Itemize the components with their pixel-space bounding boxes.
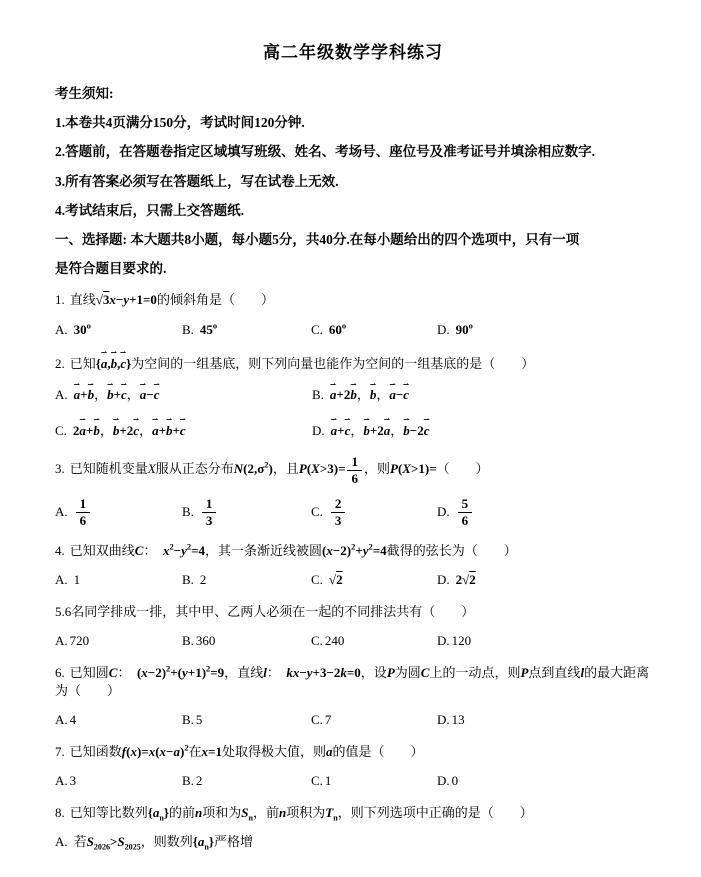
- question-2-option-d: D.a+c，b+2a，b−2c: [312, 420, 651, 440]
- page-content: 高二年级数学学科练习 考生须知: 1.本卷共4页满分150分，考试时间120分钟…: [0, 0, 701, 851]
- question-4-option-b: B.2: [182, 571, 311, 589]
- question-8-text: 已知等比数列{an}的前n项和为Sn，前n项积为Tn，则下列选项中正确的是（ ）: [70, 805, 533, 820]
- question-4-text: 已知双曲线C： x2−y2=4，其一条渐近线被圆(x−2)2+y2=4截得的弦长…: [70, 543, 517, 558]
- notice-heading: 考生须知:: [55, 85, 651, 103]
- question-3-number: 3.: [55, 461, 65, 476]
- question-3: 3.已知随机变量X服从正态分布N(2,σ2)，且P(X>3)=16，则P(X>1…: [55, 455, 651, 528]
- question-4-options: A.1 B.2 C.√2 D.2√2: [55, 571, 651, 589]
- question-4-option-c: C.√2: [311, 571, 437, 589]
- question-5-number: 5.: [55, 604, 65, 619]
- question-2-number: 2.: [55, 356, 65, 371]
- question-5: 5.6名同学排成一排，其中甲、乙两人必须在一起的不同排法共有（ ） A.720 …: [55, 603, 651, 650]
- question-6: 6.已知圆C： (x−2)2+(y+1)2=9，直线l： kx−y+3−2k=0…: [55, 664, 651, 729]
- question-1-text: 直线√3x−y+1=0的倾斜角是（ ）: [70, 292, 274, 307]
- question-7-option-c: C.1: [311, 772, 437, 790]
- question-7-text: 已知函数f(x)=x(x−a)2在x=1处取得极大值，则a的值是（ ）: [70, 744, 424, 759]
- question-5-stem: 5.6名同学排成一排，其中甲、乙两人必须在一起的不同排法共有（ ）: [55, 603, 651, 621]
- question-4-option-d: D.2√2: [437, 571, 651, 589]
- question-1: 1.直线√3x−y+1=0的倾斜角是（ ） A.30o B.45o C.60o …: [55, 291, 651, 338]
- question-2-option-c: C.2a+b，b+2c，a+b+c: [55, 420, 312, 440]
- question-2-option-b: B.a+2b，b，a−c: [312, 384, 651, 404]
- question-5-option-a: A.720: [55, 632, 182, 650]
- question-3-options: A.16 B.13 C.23 D.56: [55, 497, 651, 527]
- question-5-option-c: C.240: [311, 632, 437, 650]
- section-heading-line-1: 一、选择题: 本大题共8小题，每小题5分，共40分.在每小题给出的四个选项中，只…: [55, 231, 651, 249]
- question-2-options: A.a+b，b+c，a−c B.a+2b，b，a−c C.2a+b，b+2c，a…: [55, 384, 651, 439]
- question-7-options: A.3 B.2 C.1 D.0: [55, 772, 651, 790]
- notice-line-2: 2.答题前，在答题卷指定区域填写班级、姓名、考场号、座位号及准考证号并填涂相应数…: [55, 143, 651, 161]
- page-title: 高二年级数学学科练习: [55, 42, 651, 65]
- question-2-option-a: A.a+b，b+c，a−c: [55, 384, 312, 404]
- question-3-option-a: A.16: [55, 497, 182, 527]
- question-6-option-c: C.7: [311, 711, 437, 729]
- question-1-option-b: B.45o: [182, 321, 311, 339]
- section-heading-line-2: 是符合题目要求的.: [55, 260, 651, 278]
- question-1-options: A.30o B.45o C.60o D.90o: [55, 321, 651, 339]
- question-5-options: A.720 B.360 C.240 D.120: [55, 632, 651, 650]
- question-6-option-d: D.13: [437, 711, 651, 729]
- question-7-number: 7.: [55, 744, 65, 759]
- notice-line-1: 1.本卷共4页满分150分，考试时间120分钟.: [55, 114, 651, 132]
- question-4-stem: 4.已知双曲线C： x2−y2=4，其一条渐近线被圆(x−2)2+y2=4截得的…: [55, 542, 651, 560]
- question-8-number: 8.: [55, 805, 65, 820]
- question-6-stem: 6.已知圆C： (x−2)2+(y+1)2=9，直线l： kx−y+3−2k=0…: [55, 664, 651, 699]
- question-3-text: 已知随机变量X服从正态分布N(2,σ2)，且P(X>3)=16，则P(X>1)=…: [70, 461, 489, 476]
- question-5-option-b: B.360: [182, 632, 311, 650]
- question-7: 7.已知函数f(x)=x(x−a)2在x=1处取得极大值，则a的值是（ ） A.…: [55, 743, 651, 790]
- question-8-option-a: A.若S2026>S2025，则数列{an}严格增: [55, 834, 253, 849]
- question-4-option-a: A.1: [55, 571, 182, 589]
- question-4: 4.已知双曲线C： x2−y2=4，其一条渐近线被圆(x−2)2+y2=4截得的…: [55, 542, 651, 589]
- notice-line-3: 3.所有答案必须写在答题纸上，写在试卷上无效.: [55, 173, 651, 191]
- question-8-options: A.若S2026>S2025，则数列{an}严格增: [55, 833, 651, 851]
- question-8-stem: 8.已知等比数列{an}的前n项和为Sn，前n项积为Tn，则下列选项中正确的是（…: [55, 804, 651, 822]
- question-5-text: 6名同学排成一排，其中甲、乙两人必须在一起的不同排法共有（ ）: [65, 604, 475, 619]
- question-5-option-d: D.120: [437, 632, 651, 650]
- question-3-option-d: D.56: [437, 497, 651, 527]
- question-1-stem: 1.直线√3x−y+1=0的倾斜角是（ ）: [55, 291, 651, 309]
- question-1-number: 1.: [55, 292, 65, 307]
- question-6-option-b: B.5: [182, 711, 311, 729]
- question-1-option-d: D.90o: [437, 321, 651, 339]
- question-1-option-a: A.30o: [55, 321, 182, 339]
- question-3-option-b: B.13: [182, 497, 311, 527]
- question-6-text: 已知圆C： (x−2)2+(y+1)2=9，直线l： kx−y+3−2k=0，设…: [55, 665, 649, 698]
- question-3-option-c: C.23: [311, 497, 437, 527]
- question-6-options: A.4 B.5 C.7 D.13: [55, 711, 651, 729]
- question-7-option-d: D.0: [437, 772, 651, 790]
- question-7-stem: 7.已知函数f(x)=x(x−a)2在x=1处取得极大值，则a的值是（ ）: [55, 743, 651, 761]
- question-7-option-b: B.2: [182, 772, 311, 790]
- candidate-notice: 考生须知: 1.本卷共4页满分150分，考试时间120分钟. 2.答题前，在答题…: [55, 85, 651, 220]
- question-4-number: 4.: [55, 543, 65, 558]
- question-3-stem: 3.已知随机变量X服从正态分布N(2,σ2)，且P(X>3)=16，则P(X>1…: [55, 455, 651, 485]
- exam-paper-page: 高二年级数学学科练习 考生须知: 1.本卷共4页满分150分，考试时间120分钟…: [0, 0, 701, 877]
- question-6-number: 6.: [55, 665, 65, 680]
- question-8: 8.已知等比数列{an}的前n项和为Sn，前n项积为Tn，则下列选项中正确的是（…: [55, 804, 651, 851]
- question-1-option-c: C.60o: [311, 321, 437, 339]
- question-2-stem: 2.已知{a,b,c}为空间的一组基底，则下列向量也能作为空间的一组基底的是（ …: [55, 353, 651, 373]
- question-2: 2.已知{a,b,c}为空间的一组基底，则下列向量也能作为空间的一组基底的是（ …: [55, 353, 651, 440]
- question-2-text: 已知{a,b,c}为空间的一组基底，则下列向量也能作为空间的一组基底的是（ ）: [70, 356, 535, 371]
- question-7-option-a: A.3: [55, 772, 182, 790]
- question-6-option-a: A.4: [55, 711, 182, 729]
- notice-line-4: 4.考试结束后，只需上交答题纸.: [55, 202, 651, 220]
